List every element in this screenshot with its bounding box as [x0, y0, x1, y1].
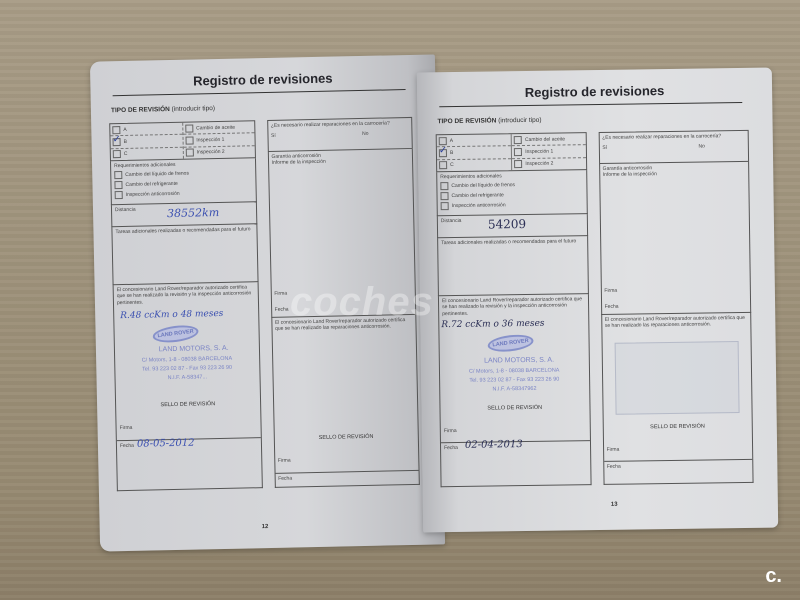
title-divider — [439, 102, 742, 107]
bodywork-question: ¿Es necesario realizar reparaciones en l… — [602, 133, 745, 141]
future-tasks-label: Tareas adicionales realizadas o recomend… — [115, 226, 250, 235]
type-c[interactable]: C — [111, 147, 183, 160]
checkbox-anticorrosion[interactable] — [115, 191, 123, 199]
service-oil-label: Cambio de aceite — [196, 124, 235, 131]
distance-value: 54209 — [488, 217, 526, 232]
stamp-nif: N.I.F. A-58347... — [115, 373, 259, 382]
checkbox-brake-fluid[interactable] — [114, 171, 122, 179]
service-insp2[interactable]: Inspección 2 — [512, 158, 585, 170]
page-title: Registro de revisiones — [90, 68, 435, 90]
land-rover-stamp-logo: LAND ROVER — [487, 333, 535, 354]
title-divider — [113, 89, 406, 96]
future-tasks-label: Tareas adicionales realizadas o recomend… — [441, 238, 576, 246]
right-seal-label: SELLO DE REVISIÓN — [274, 433, 418, 442]
extras-box: Requerimientos adicionales Cambio del lí… — [436, 170, 587, 216]
future-tasks-box: Tareas adicionales realizadas o recomend… — [437, 236, 588, 296]
checkbox-a[interactable] — [439, 137, 447, 145]
service-insp1[interactable]: Inspección 1 — [512, 145, 585, 158]
guarantee-fecha-label: Fecha — [605, 304, 619, 310]
stamp-address: C/ Motors, 1-8 - 08038 BARCELONA — [440, 367, 589, 375]
repairs-cert-box: El concesionario Land Rover/reparador au… — [271, 315, 420, 488]
fecha-value: 08-05-2012 — [137, 438, 195, 450]
checkbox-oil[interactable] — [185, 124, 193, 132]
no-option[interactable]: No — [362, 131, 369, 137]
extra-brake-fluid: Cambio del líquido de frenos — [451, 182, 515, 189]
fecha-label: Fecha — [444, 445, 458, 451]
service-insp1-label: Inspección 1 — [525, 149, 553, 155]
no-option[interactable]: No — [698, 143, 704, 149]
stamp-nif: N.I.F. A-58347962 — [440, 385, 589, 393]
guarantee-firma-label: Firma — [274, 291, 287, 297]
booklet-page-right: Registro de revisiones TIPO DE REVISIÓN … — [417, 68, 778, 533]
type-b-label: B — [450, 150, 453, 156]
checkbox-c[interactable] — [439, 161, 447, 169]
section-label-sub: (introducir tipo) — [498, 117, 541, 125]
type-c-label: C — [124, 151, 128, 157]
seal-label: SELLO DE REVISIÓN — [440, 404, 589, 412]
coches-watermark: coches — [290, 280, 434, 325]
type-b-label: B — [124, 139, 127, 145]
type-c[interactable]: C — [437, 159, 511, 171]
right-fecha-label: Fecha — [607, 464, 621, 470]
right-fecha-label: Fecha — [278, 476, 292, 482]
service-insp2[interactable]: Inspección 2 — [183, 146, 254, 159]
section-label: TIPO DE REVISIÓN (introducir tipo) — [111, 105, 215, 114]
revision-type-grid: A B C Cambio del aceite Inspección 1 Ins… — [436, 132, 587, 172]
type-c-label: C — [450, 162, 454, 168]
stamp-phone: Tel. 93 223 02 87 - Fax 93 223 26 90 — [440, 376, 589, 384]
page-number: 13 — [611, 502, 618, 508]
bodywork-question: ¿Es necesario realizar reparaciones en l… — [271, 120, 409, 129]
section-label-text: TIPO DE REVISIÓN — [111, 106, 170, 114]
type-b[interactable]: B — [437, 147, 511, 160]
extra-coolant: Cambio del refrigerante — [125, 181, 177, 188]
extra-anticorrosion: Inspección anticorrosión — [452, 202, 506, 209]
extras-label: Requerimientos adicionales — [440, 172, 583, 180]
checkbox-b-checked[interactable] — [439, 149, 447, 157]
checkbox-insp1[interactable] — [514, 148, 522, 156]
right-fecha-row: Fecha — [275, 470, 419, 484]
type-a-label: A — [450, 138, 453, 144]
stamp-phone: Tel. 93 223 02 87 - Fax 93 223 26 90 — [115, 364, 259, 373]
section-label-sub: (introducir tipo) — [172, 105, 215, 113]
form-right-column: ¿Es necesario realizar reparaciones en l… — [598, 130, 753, 485]
type-a-label: A — [123, 127, 126, 133]
checkbox-brake-fluid[interactable] — [440, 182, 448, 190]
brand-logo: c. — [765, 565, 782, 588]
service-oil-label: Cambio del aceite — [525, 136, 565, 143]
yes-option[interactable]: Sí — [602, 145, 607, 151]
repairs-cert-box: El concesionario Land Rover/reparador au… — [601, 313, 754, 485]
fecha-label: Fecha — [120, 443, 134, 449]
future-tasks-box: Tareas adicionales realizadas o recomend… — [111, 224, 258, 285]
fecha-row: Fecha 02-04-2013 — [441, 440, 590, 453]
checkbox-anticorrosion[interactable] — [441, 202, 449, 210]
page-title: Registro de revisiones — [417, 82, 772, 102]
firma-label: Firma — [444, 428, 457, 434]
guarantee-fecha-label: Fecha — [275, 307, 289, 313]
checkbox-coolant[interactable] — [114, 181, 122, 189]
checkbox-coolant[interactable] — [440, 192, 448, 200]
revision-form: A B C Cambio del aceite Inspección 1 Ins… — [436, 130, 754, 487]
right-seal-label: SELLO DE REVISIÓN — [603, 423, 752, 431]
stamp-name: LAND MOTORS, S. A. — [450, 356, 589, 365]
service-insp2-label: Inspección 2 — [525, 161, 553, 167]
right-firma-label: Firma — [278, 458, 291, 464]
distance-value: 38552km — [167, 206, 219, 220]
guarantee-firma-label: Firma — [604, 288, 617, 294]
dealer-cert-box: El concesionario Land Rover/reparador au… — [438, 294, 591, 487]
bodywork-question-box: ¿Es necesario realizar reparaciones en l… — [598, 130, 749, 164]
firma-label: Firma — [120, 425, 133, 431]
right-firma-label: Firma — [607, 447, 620, 453]
section-label: TIPO DE REVISIÓN (introducir tipo) — [437, 117, 541, 125]
right-fecha-row: Fecha — [604, 459, 753, 472]
extra-coolant: Cambio del refrigerante — [451, 192, 503, 199]
checkbox-insp1[interactable] — [185, 137, 193, 145]
dealer-cert-text: El concesionario Land Rover/reparador au… — [117, 284, 255, 306]
distance-box: Distancia 54209 — [437, 214, 588, 238]
guarantee-box: Garantía anticorrosión Informe de la ins… — [599, 162, 752, 315]
checkbox-c[interactable] — [113, 150, 121, 158]
service-insp2-label: Inspección 2 — [197, 149, 225, 156]
yes-option[interactable]: Sí — [271, 133, 276, 139]
form-left-column: A B C Cambio del aceite Inspección 1 Ins… — [436, 132, 591, 487]
section-label-text: TIPO DE REVISIÓN — [437, 117, 496, 125]
distance-label: Distancia — [115, 207, 136, 213]
extras-box: Requerimientos adicionales Cambio del lí… — [110, 158, 256, 205]
stamp-address: C/ Motors, 1-8 - 08038 BARCELONA — [115, 355, 259, 364]
checkbox-insp2[interactable] — [186, 149, 194, 157]
handwritten-note: R.72 ccKm o 36 meses — [441, 319, 544, 330]
seal-label: SELLO DE REVISIÓN — [116, 400, 260, 409]
bodywork-question-box: ¿Es necesario realizar reparaciones en l… — [267, 117, 413, 152]
form-left-column: A B C Cambio de aceite Inspección 1 Insp… — [109, 120, 262, 491]
checkbox-a[interactable] — [112, 126, 120, 134]
guarantee-sub: Informe de la inspección — [603, 170, 746, 178]
type-a[interactable]: A — [437, 134, 511, 147]
fecha-value: 02-04-2013 — [465, 439, 523, 451]
checkbox-oil[interactable] — [514, 136, 522, 144]
revision-type-grid: A B C Cambio de aceite Inspección 1 Insp… — [109, 120, 255, 161]
checkbox-insp2[interactable] — [514, 160, 522, 168]
land-rover-stamp-logo: LAND ROVER — [152, 323, 200, 345]
checkbox-b-checked[interactable] — [113, 138, 121, 146]
extra-anticorrosion: Inspección anticorrosión — [126, 191, 180, 198]
distance-label: Distancia — [441, 218, 462, 224]
fecha-row: Fecha 08-05-2012 — [117, 437, 261, 451]
service-insp1-label: Inspección 1 — [196, 137, 224, 144]
stamp-name: LAND MOTORS, S. A. — [129, 344, 259, 354]
extra-brake-fluid: Cambio del líquido de frenos — [125, 171, 189, 178]
distance-box: Distancia 38552km — [111, 202, 257, 227]
dealer-cert-text: El concesionario Land Rover/reparador au… — [442, 296, 585, 317]
faded-stamp-show-through — [614, 341, 739, 415]
page-number: 12 — [262, 524, 269, 530]
dealer-cert-box: El concesionario Land Rover/reparador au… — [113, 282, 263, 491]
repairs-cert-text: El concesionario Land Rover/reparador au… — [605, 315, 748, 329]
service-oil[interactable]: Cambio del aceite — [512, 133, 585, 146]
handwritten-note: R.48 ccKm o 48 meses — [120, 309, 223, 321]
